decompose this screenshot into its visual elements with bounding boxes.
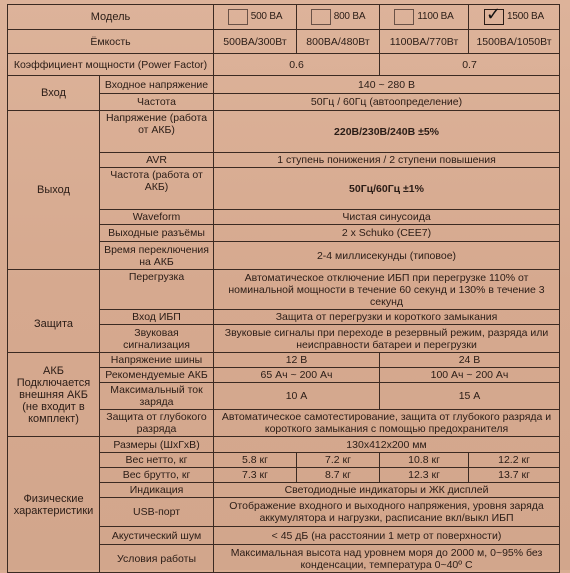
row-value: Автоматическое самотестирование, защита …: [214, 410, 560, 437]
checkbox-1500[interactable]: ✓: [484, 9, 504, 25]
row-label: Перегрузка: [100, 270, 214, 310]
row-label: AVR: [100, 153, 214, 168]
row-label: USB-порт: [100, 498, 214, 527]
model-name: 800 BA: [334, 11, 366, 23]
input-voltage-row: Вход Входное напряжение 140 ~ 280 В: [8, 76, 560, 94]
category-physical: Физические характеристики: [8, 437, 100, 571]
power-factor-row: Коэффициент мощности (Power Factor) 0.6 …: [8, 54, 560, 76]
row-value: Отображение входного и выходного напряже…: [214, 498, 560, 527]
row-value: 2-4 миллисекунды (типовое): [214, 242, 560, 270]
power-factor-large: 0.7: [380, 54, 560, 76]
checkbox-1100[interactable]: [394, 9, 414, 25]
row-label: Напряжение шины: [100, 353, 214, 368]
row-label: Акустический шум: [100, 527, 214, 545]
row-label: Вход ИБП: [100, 310, 214, 325]
model-name: 1100 BA: [417, 11, 453, 23]
row-value: Максимальная высота над уровнем моря до …: [214, 545, 560, 571]
model-option-800[interactable]: 800 BA: [297, 5, 380, 30]
capacity-value: 1100BA/770Вт: [380, 30, 469, 54]
row-value: Защита от перегрузки и короткого замыкан…: [214, 310, 560, 325]
capacity-value: 800BA/480Вт: [297, 30, 380, 54]
capacity-value: 500BA/300Вт: [214, 30, 297, 54]
row-value-small: 10 А: [214, 383, 380, 410]
row-value: 2 x Schuko (CEE7): [214, 225, 560, 242]
row-value-large: 15 А: [380, 383, 560, 410]
row-label: Waveform: [100, 210, 214, 225]
checkbox-500[interactable]: [228, 9, 248, 25]
row-label: Входное напряжение: [100, 76, 214, 94]
row-value: Звуковые сигналы при переходе в резервны…: [214, 325, 560, 353]
row-value: Светодиодные индикаторы и ЖК дисплей: [214, 483, 560, 498]
row-label: Защита от глубокого разряда: [100, 410, 214, 437]
row-value: 220В/230В/240В ±5%: [214, 111, 560, 153]
row-label: Напряжение (работа от АКБ): [100, 111, 214, 153]
model-name: 500 BA: [251, 11, 283, 23]
row-value-large: 24 В: [380, 353, 560, 368]
row-label: Вес брутто, кг: [100, 468, 214, 483]
row-value: 1 ступень понижения / 2 ступени повышени…: [214, 153, 560, 168]
row-label: Максимальный ток заряда: [100, 383, 214, 410]
category-input: Вход: [8, 76, 100, 111]
model-label: Модель: [8, 5, 214, 30]
row-label: Вес нетто, кг: [100, 453, 214, 468]
row-label: Размеры (ШхГхВ): [100, 437, 214, 453]
row-label: Рекомендуемые АКБ: [100, 368, 214, 383]
model-row: Модель 500 BA 800 BA 1100 BA ✓: [8, 5, 560, 30]
weight-value: 13.7 кг: [469, 468, 560, 483]
capacity-row: Ёмкость 500BA/300Вт 800BA/480Вт 1100BA/7…: [8, 30, 560, 54]
row-value: < 45 дБ (на расстоянии 1 метр от поверхн…: [214, 527, 560, 545]
weight-value: 12.2 кг: [469, 453, 560, 468]
model-name: 1500 BA: [507, 11, 544, 23]
category-output: Выход: [8, 111, 100, 270]
power-factor-label: Коэффициент мощности (Power Factor): [8, 54, 214, 76]
weight-value: 7.3 кг: [214, 468, 297, 483]
power-factor-small: 0.6: [214, 54, 380, 76]
weight-value: 7.2 кг: [297, 453, 380, 468]
model-option-1100[interactable]: 1100 BA: [380, 5, 469, 30]
row-value: Чистая синусоида: [214, 210, 560, 225]
checkbox-800[interactable]: [311, 9, 331, 25]
row-label: Частота (работа от АКБ): [100, 168, 214, 210]
physical-dimensions-row: Физические характеристики Размеры (ШхГхВ…: [8, 437, 560, 453]
row-value: Автоматическое отключение ИБП при перегр…: [214, 270, 560, 310]
ups-spec-table: Модель 500 BA 800 BA 1100 BA ✓: [7, 4, 560, 570]
row-value: 50Гц/60Гц ±1%: [214, 168, 560, 210]
row-value-small: 65 Ач ~ 200 Ач: [214, 368, 380, 383]
weight-value: 12.3 кг: [380, 468, 469, 483]
checkmark-icon: ✓: [486, 5, 501, 23]
row-value-small: 12 В: [214, 353, 380, 368]
spec-sheet: Модель 500 BA 800 BA 1100 BA ✓: [0, 0, 570, 570]
weight-value: 8.7 кг: [297, 468, 380, 483]
row-label: Индикация: [100, 483, 214, 498]
battery-bus-voltage-row: АКБ Подключается внешняя АКБ (не входит …: [8, 353, 560, 368]
row-label: Звуковая сигнализация: [100, 325, 214, 353]
model-option-500[interactable]: 500 BA: [214, 5, 297, 30]
row-label: Время переключения на АКБ: [100, 242, 214, 270]
weight-value: 10.8 кг: [380, 453, 469, 468]
category-protection: Защита: [8, 270, 100, 353]
row-label: Условия работы: [100, 545, 214, 571]
weight-value: 5.8 кг: [214, 453, 297, 468]
category-battery: АКБ Подключается внешняя АКБ (не входит …: [8, 353, 100, 437]
protection-overload-row: Защита Перегрузка Автоматическое отключе…: [8, 270, 560, 310]
capacity-label: Ёмкость: [8, 30, 214, 54]
row-value: 130x412x200 мм: [214, 437, 560, 453]
row-value: 140 ~ 280 В: [214, 76, 560, 94]
row-label: Выходные разъёмы: [100, 225, 214, 242]
capacity-value: 1500BA/1050Вт: [469, 30, 560, 54]
row-label: Частота: [100, 94, 214, 111]
row-value-large: 100 Ач ~ 200 Ач: [380, 368, 560, 383]
row-value: 50Гц / 60Гц (автоопределение): [214, 94, 560, 111]
model-option-1500[interactable]: ✓ 1500 BA: [469, 5, 560, 30]
output-voltage-row: Выход Напряжение (работа от АКБ) 220В/23…: [8, 111, 560, 153]
